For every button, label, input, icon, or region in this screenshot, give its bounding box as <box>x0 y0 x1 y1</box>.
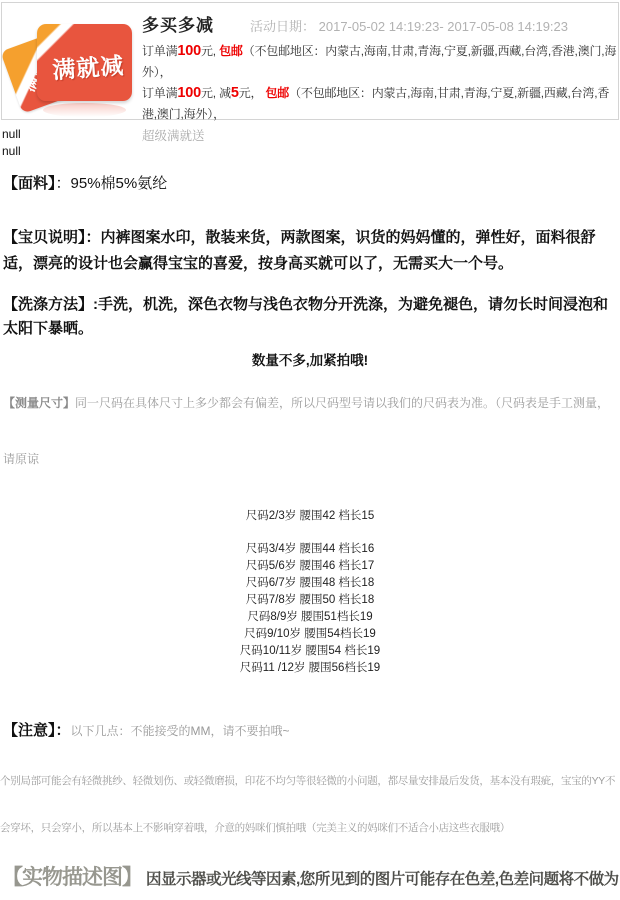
banner-title-row: 多买多减 活动日期： 2017-05-02 14:19:23- 2017-05-… <box>142 11 614 36</box>
washing-instructions: 【洗涤方法】:手洗，机洗，深色衣物与浅色衣物分开洗涤，为避免褪色，请勿长时间浸泡… <box>3 293 617 341</box>
flaw-disclaimer: 个别局部可能会有轻微挑纱、轻微划伤、或轻微磨损，印花不均匀等很轻微的小问题，都尽… <box>0 758 620 852</box>
photo-disclaimer: 【实物描述图】 因显示器或光线等因素,您所见到的图片可能存在色差,色差问题将不做… <box>2 861 620 891</box>
size-chart-row: 尺码7/8岁 腰围50 档长18 <box>0 592 620 609</box>
urgency-note: 数量不多,加紧拍哦! <box>0 349 620 369</box>
photo-disclaimer-label: 【实物描述图】 <box>2 861 142 891</box>
promo-highlight: 包邮 <box>265 86 289 100</box>
promo-footer: 超级满就送 <box>142 126 614 144</box>
promo-text: 订单满 <box>142 44 177 58</box>
product-description-label: 【宝贝说明】 <box>3 229 86 246</box>
size-chart-row: 尺码3/4岁 腰围44 档长16 <box>0 541 620 558</box>
washing-instructions-label: 【洗涤方法】 <box>3 296 93 313</box>
promo-highlight: 5 <box>231 85 239 101</box>
notice-label: 【注意】： <box>3 722 71 739</box>
size-chart-row: 尺码2/3岁 腰围42 档长15 <box>0 508 620 525</box>
notice-text: 以下几点：不能接受的MM，请不要拍哦~ <box>71 724 290 738</box>
measurement-note: 【测量尺寸】同一尺码在具体尺寸上多少都会有偏差，所以尺码型号请以我们的尺码表为准… <box>3 375 619 487</box>
photo-disclaimer-text: 因显示器或光线等因素,您所见到的图片可能存在色差,色差问题将不做为 <box>146 867 619 889</box>
promo-text: 订单满 <box>142 86 177 100</box>
promo-highlight: 100 <box>177 85 201 101</box>
fabric-value: ：95%棉5%氨纶 <box>56 175 168 192</box>
fabric-label: 【面料】 <box>3 175 56 192</box>
promo-title: 多买多减 <box>142 11 214 36</box>
promo-date-label: 活动日期： <box>250 19 315 34</box>
promo-text: 元, <box>201 44 219 58</box>
banner-content: 多买多减 活动日期： 2017-05-02 14:19:23- 2017-05-… <box>142 3 618 144</box>
size-chart-row: 尺码8/9岁 腰围51档长19 <box>0 609 620 626</box>
promo-rule-1: 订单满100元, 包邮（不包邮地区：内蒙古,海南,甘肃,青海,宁夏,新疆,西藏,… <box>142 41 620 83</box>
promo-text: 元， <box>239 86 266 100</box>
size-chart-row: 尺码10/11岁 腰围54 档长19 <box>0 643 620 660</box>
promo-text: 元, 减 <box>201 86 231 100</box>
promo-rules: 订单满100元, 包邮（不包邮地区：内蒙古,海南,甘肃,青海,宁夏,新疆,西藏,… <box>142 41 620 125</box>
size-chart-row: 尺码5/6岁 腰围46 档长17 <box>0 558 620 575</box>
badge-front-card: 满就减 <box>37 24 132 101</box>
product-description: 【宝贝说明】：内裤图案水印，散装来货，两款图案，识货的妈妈懂的，弹性好，面料很舒… <box>3 225 617 277</box>
badge-front-label: 满就减 <box>44 39 125 85</box>
notice-line: 【注意】：以下几点：不能接受的MM，请不要拍哦~ <box>3 719 620 740</box>
promo-banner: 满就 满就减 多买多减 活动日期： 2017-05-02 14:19:23- 2… <box>1 2 619 120</box>
null-line: null <box>2 143 620 160</box>
promo-date: 活动日期： 2017-05-02 14:19:23- 2017-05-08 14… <box>250 16 568 35</box>
product-description-text: ：内裤图案水印，散装来货，两款图案，识货的妈妈懂的，弹性好，面料很舒适，漂亮的设… <box>3 229 596 272</box>
fabric-line: 【面料】：95%棉5%氨纶 <box>3 172 620 193</box>
promo-date-range: 2017-05-02 14:19:23- 2017-05-08 14:19:23 <box>319 19 568 34</box>
manjiujian-badge-icon: 满就 满就减 <box>8 7 134 115</box>
size-chart-row: 尺码9/10岁 腰围54档长19 <box>0 626 620 643</box>
size-chart-row: 尺码11 /12岁 腰围56档长19 <box>0 660 620 677</box>
promo-highlight: 包邮 <box>219 44 243 58</box>
size-chart: 尺码2/3岁 腰围42 档长15尺码3/4岁 腰围44 档长16尺码5/6岁 腰… <box>0 508 620 677</box>
washing-instructions-text: :手洗，机洗，深色衣物与浅色衣物分开洗涤，为避免褪色，请勿长时间浸泡和太阳下暴晒… <box>3 296 608 337</box>
measurement-note-text: 同一尺码在具体尺寸上多少都会有偏差，所以尺码型号请以我们的尺码表为准。（尺码表是… <box>3 396 609 466</box>
promo-rule-2: 订单满100元, 减5元， 包邮（不包邮地区：内蒙古,海南,甘肃,青海,宁夏,新… <box>142 83 620 125</box>
measurement-note-label: 【测量尺寸】 <box>3 396 75 410</box>
size-chart-row: 尺码6/7岁 腰围48 档长18 <box>0 575 620 592</box>
promo-highlight: 100 <box>177 43 201 59</box>
